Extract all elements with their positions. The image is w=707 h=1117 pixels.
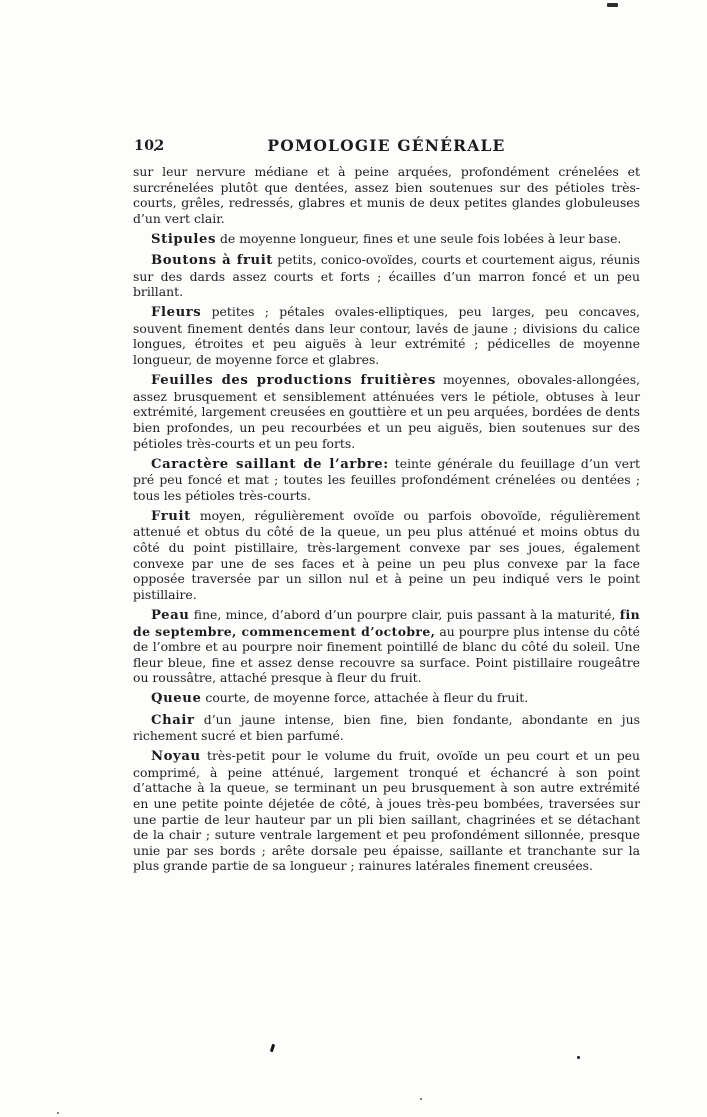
paragraph-lead: Stipules bbox=[151, 232, 216, 247]
paragraph-lead: Fruit bbox=[151, 509, 191, 524]
ink-speck bbox=[420, 1098, 422, 1100]
paragraph: Peau fine, mince, d’abord d’un pourpre c… bbox=[133, 607, 640, 686]
paragraph: Fleurs petites ; pétales ovales-elliptiq… bbox=[133, 304, 640, 367]
paragraph: Chair d’un jaune intense, bien fine, bie… bbox=[133, 712, 640, 744]
page-number: 102 bbox=[134, 138, 165, 154]
paragraph-lead: Queue bbox=[151, 691, 201, 706]
paragraph: Caractère saillant de l’arbre: teinte gé… bbox=[133, 456, 640, 504]
paragraph-text: courte, de moyenne force, attachée à fle… bbox=[201, 690, 528, 705]
page-header: 102 POMOLOGIE GÉNÉRALE bbox=[133, 136, 640, 156]
paragraph-lead: Fleurs bbox=[151, 305, 201, 320]
ink-speck bbox=[577, 1056, 580, 1059]
paragraph-text: très-petit pour le volume du fruit, ovoï… bbox=[133, 748, 640, 873]
paragraph-text: d’un jaune intense, bien fine, bien fond… bbox=[133, 712, 640, 744]
ink-speck bbox=[270, 1044, 275, 1053]
paragraph: Fruit moyen, régulièrement ovoïde ou par… bbox=[133, 508, 640, 603]
ink-speck bbox=[57, 1112, 59, 1114]
paragraph-text: sur leur nervure médiane et à peine arqu… bbox=[133, 164, 640, 226]
paragraph-lead: Feuilles des productions fruitières bbox=[151, 373, 436, 388]
paragraph: Queue courte, de moyenne force, attachée… bbox=[133, 690, 640, 707]
paragraph-text: moyen, régulièrement ovoïde ou parfois o… bbox=[133, 508, 640, 602]
scan-mark-top-right bbox=[607, 3, 618, 7]
paragraph: sur leur nervure médiane et à peine arqu… bbox=[133, 164, 640, 226]
paragraph-text: petites ; pétales ovales-elliptiques, pe… bbox=[133, 304, 640, 367]
running-title: POMOLOGIE GÉNÉRALE bbox=[133, 136, 640, 155]
paragraph-lead: Caractère saillant de l’arbre: bbox=[151, 457, 389, 472]
paragraph-lead: Peau bbox=[151, 608, 190, 623]
paragraph: Feuilles des productions fruitières moye… bbox=[133, 372, 640, 451]
book-page: 102 POMOLOGIE GÉNÉRALE sur leur nervure … bbox=[0, 0, 707, 1117]
ink-speck bbox=[154, 149, 156, 151]
paragraph: Stipules de moyenne longueur, fines et u… bbox=[133, 231, 640, 248]
paragraph-lead: Chair bbox=[151, 713, 195, 728]
paragraph-text: fine, mince, d’abord d’un pourpre clair,… bbox=[190, 607, 620, 622]
paragraph: Boutons à fruit petits, conico-ovoïdes, … bbox=[133, 252, 640, 300]
paragraph: Noyau très-petit pour le volume du fruit… bbox=[133, 748, 640, 874]
paragraph-lead: Noyau bbox=[151, 749, 201, 764]
page-body: sur leur nervure médiane et à peine arqu… bbox=[133, 164, 640, 878]
paragraph-lead: Boutons à fruit bbox=[151, 253, 273, 268]
paragraph-text: de moyenne longueur, fines et une seule … bbox=[216, 231, 621, 246]
